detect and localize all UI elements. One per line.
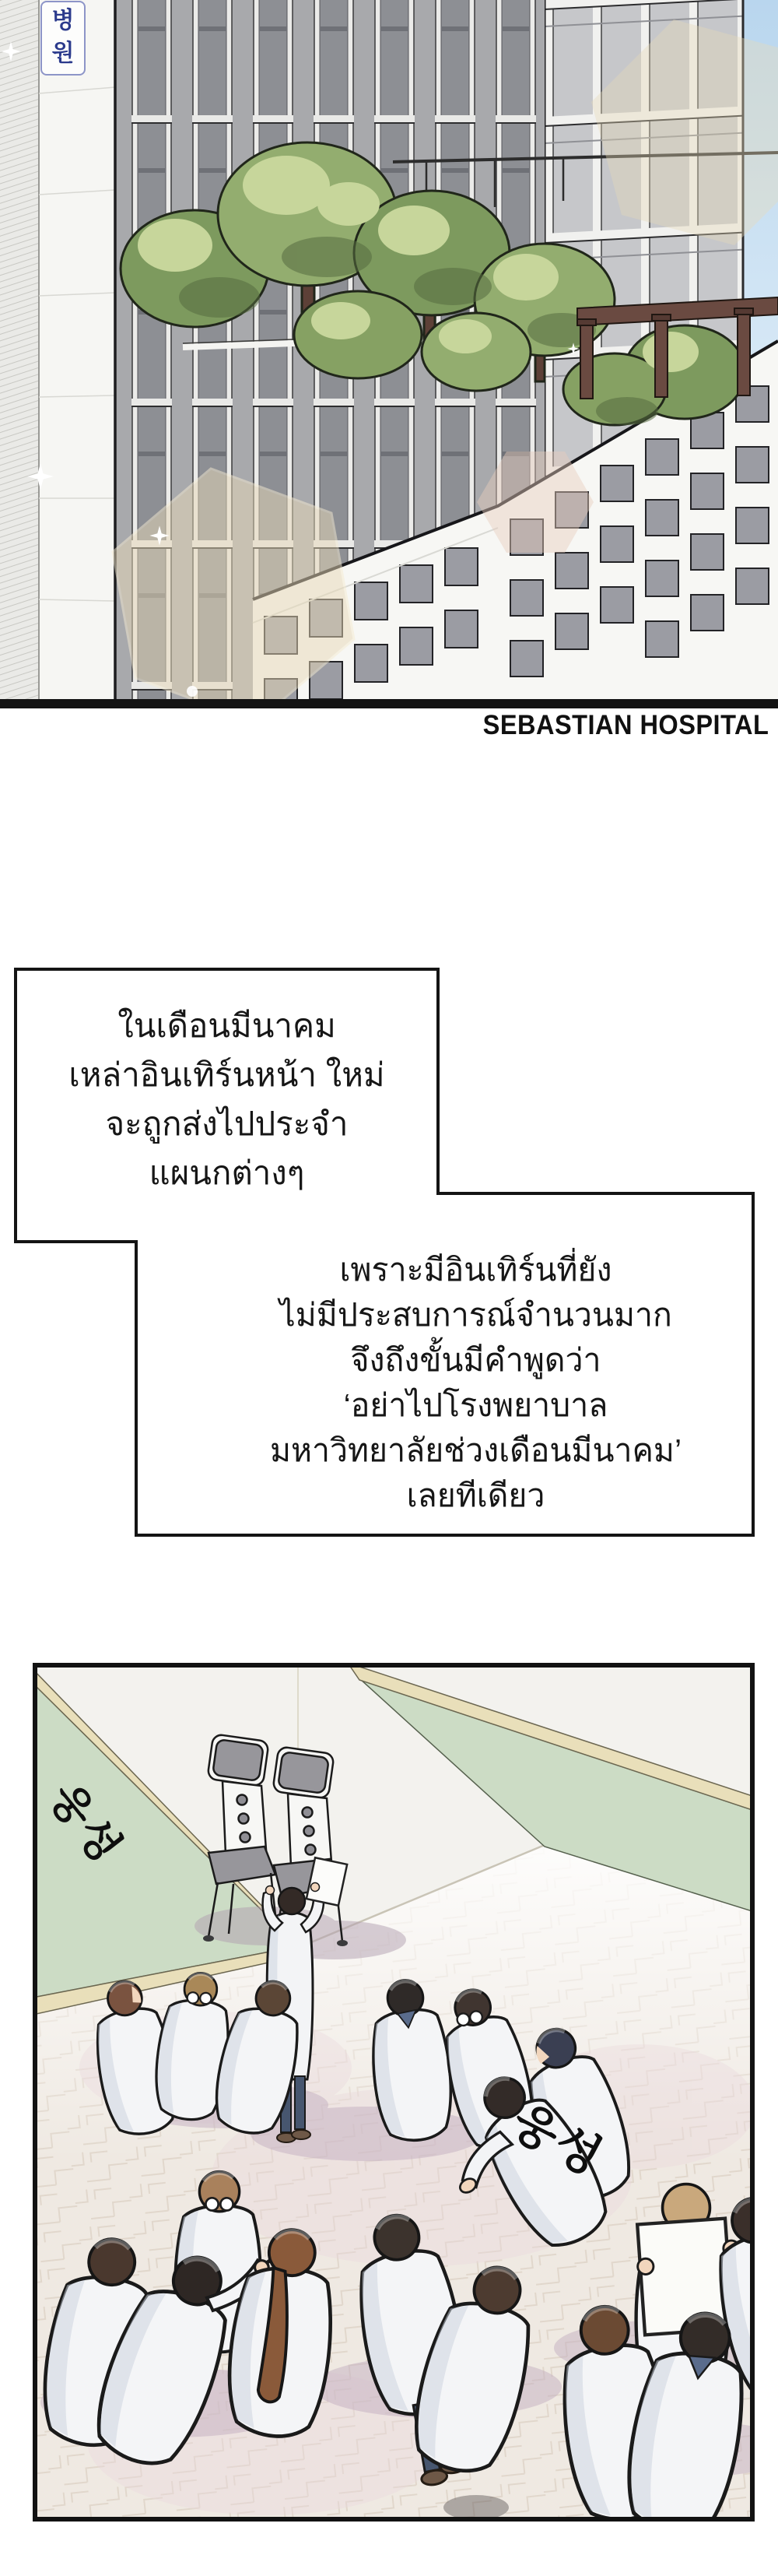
narration-line: จึงถึงขั้นมีคำพูดว่า: [167, 1337, 778, 1383]
narration-line: จะถูกส่งไปประจำ: [16, 1099, 438, 1148]
narration-line: เพราะมีอินเทิร์นที่ยัง: [167, 1247, 778, 1292]
narration-line: เหล่าอินเทิร์นหน้า ใหม่: [16, 1050, 438, 1099]
narration-line: แผนกต่างๆ: [16, 1148, 438, 1197]
narration-box-1: ในเดือนมีนาคม เหล่าอินเทิร์นหน้า ใหม่ จะ…: [16, 1001, 438, 1197]
top-panel-hospital-exterior: [0, 0, 778, 708]
building-left: [0, 0, 115, 705]
narration-box-2: เพราะมีอินเทิร์นที่ยัง ไม่มีประสบการณ์จำ…: [136, 1247, 778, 1518]
hospital-sign-text: 병원: [44, 5, 82, 73]
narration-line: ในเดือนมีนาคม: [16, 1001, 438, 1050]
panel-caption: SEBASTIAN HOSPITAL: [482, 710, 769, 741]
narration-line: ‘อย่าไปโรงพยาบาล: [167, 1383, 778, 1428]
bottom-panel-intern-room: [33, 1663, 755, 2522]
narration-line: ไม่มีประสบการณ์จำนวนมาก: [167, 1292, 778, 1337]
narration-line: มหาวิทยาลัยช่วงเดือนมีนาคม’: [167, 1428, 778, 1473]
top-panel-border: [0, 699, 778, 708]
narration-line: เลยทีเดียว: [167, 1473, 778, 1518]
